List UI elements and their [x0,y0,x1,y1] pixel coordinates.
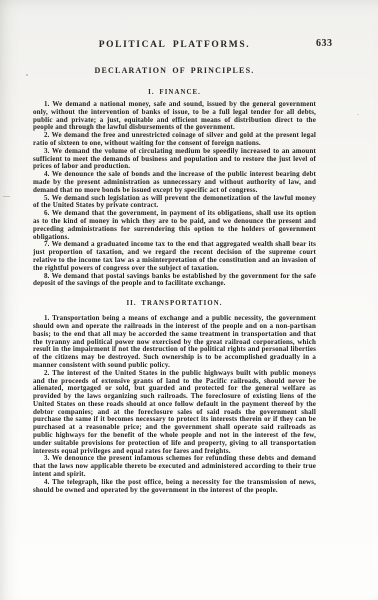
finance-paragraph-4: 4. We denounce the sale of bonds and the… [33,171,316,194]
transportation-paragraph-4: 4. The telegraph, like the post office, … [33,479,316,495]
page-header: POLITICAL PLATFORMS. [33,40,316,54]
scan-speck [3,196,10,197]
section-finance: 1. We demand a national money, safe and … [33,101,316,288]
section-transportation: 1. Transportation being a means of excha… [33,315,316,494]
transportation-paragraph-2: 2. The interest of the United States in … [33,370,316,456]
finance-paragraph-7: 7. We demand a graduated income tax to t… [33,241,316,272]
finance-paragraph-8: 8. We demand that postal savings banks b… [33,273,316,289]
scan-speck [357,114,359,115]
finance-paragraph-5: 5. We demand such legislation as will pr… [33,195,316,211]
finance-paragraph-3: 3. We demand the volume of circulating m… [33,148,316,171]
finance-paragraph-6: 6. We demand that the government, in pay… [33,210,316,241]
running-title: POLITICAL PLATFORMS. [33,40,316,50]
finance-paragraph-2: 2. We demand the free and unrestricted c… [33,132,316,148]
scan-speck [26,74,28,76]
doc-title: DECLARATION OF PRINCIPLES. [33,66,316,75]
finance-paragraph-1: 1. We demand a national money, safe and … [33,101,316,132]
transportation-paragraph-3: 3. We denounce the present infamous sche… [33,455,316,478]
transportation-paragraph-1: 1. Transportation being a means of excha… [33,315,316,370]
page-number: 633 [316,38,340,49]
section-heading-finance: I. FINANCE. [33,89,316,96]
section-heading-transportation: II. TRANSPORTATION. [33,300,316,307]
text-column: DECLARATION OF PRINCIPLES. I. FINANCE. 1… [33,66,316,494]
scanned-book-page: POLITICAL PLATFORMS. 633 DECLARATION OF … [0,0,378,600]
